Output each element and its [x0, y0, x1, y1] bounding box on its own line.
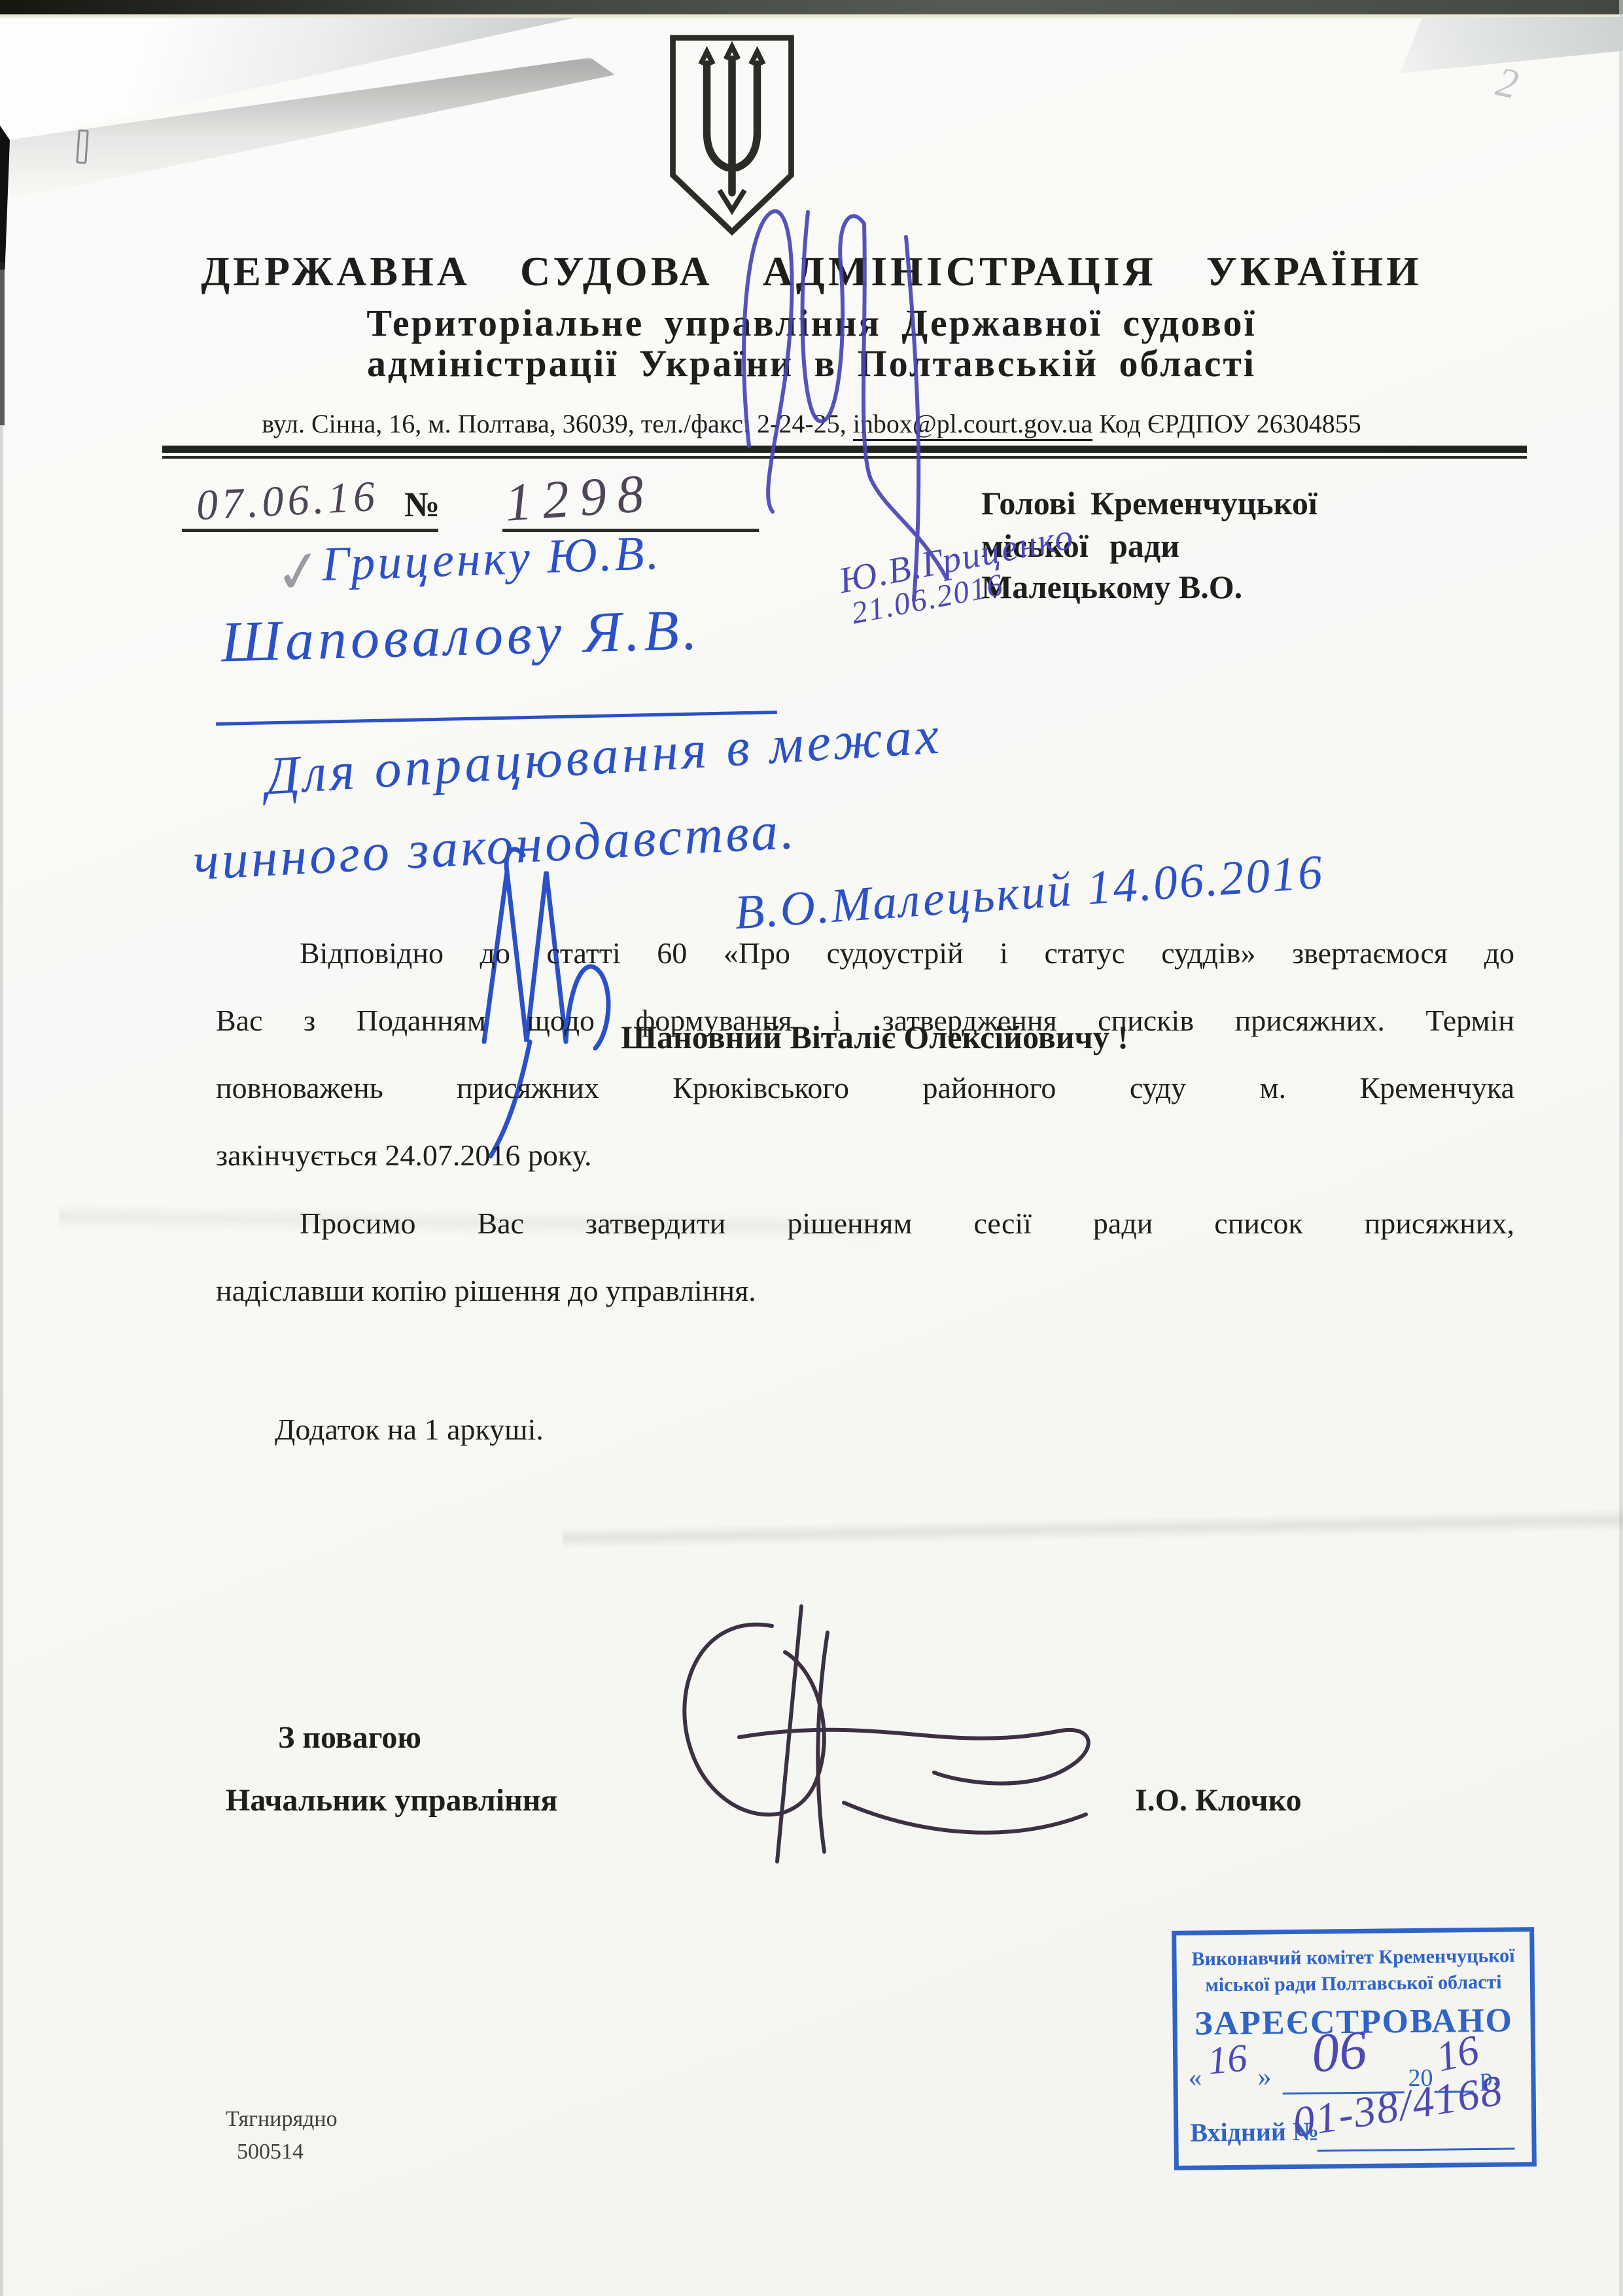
- number-sign: №: [404, 484, 440, 525]
- attachment-note: Додаток на 1 аркуші.: [275, 1412, 544, 1447]
- body-line-4: закінчується 24.07.2016 року.: [216, 1138, 1514, 1173]
- stamp-incoming-line: [1318, 2147, 1515, 2151]
- chief-signature: [608, 1587, 1119, 1875]
- paper-crease: [563, 1509, 1623, 1549]
- recipient-line1: Голові Кременчуцької: [981, 484, 1318, 522]
- pencil-mark: 2: [1492, 57, 1523, 109]
- body-line-3: повноважень присяжних Крюківського район…: [216, 1070, 1514, 1105]
- recipient-line3: Малецькому В.О.: [981, 568, 1242, 606]
- scanner-top-shadow: [0, 0, 1623, 14]
- outgoing-date-handwritten: 07.06.16: [195, 472, 380, 531]
- body-line-5: Просимо Вас затвердити рішенням сесії ра…: [216, 1206, 1514, 1241]
- left-paper-edge: [0, 425, 3, 2296]
- body-line-6: надіславши копію рішення до управління.: [216, 1273, 1514, 1308]
- mayor-endorsement-handwritten: В.О.Малецький 14.06.2016: [733, 845, 1326, 942]
- grey-checkmark-icon: ✓: [270, 535, 327, 609]
- executor-code: 500514: [237, 2140, 304, 2164]
- stamp-month-handwritten: 06: [1309, 2018, 1369, 2085]
- date-underline: [182, 529, 438, 532]
- signer-name: І.О. Клочко: [1135, 1782, 1302, 1818]
- executor-name: Тягнирядно: [226, 2107, 338, 2132]
- stamp-org-line2: міської ради Полтавської області: [1177, 1971, 1530, 1997]
- outgoing-number-handwritten: 1298: [503, 462, 656, 534]
- resolution-assignee-1: Гриценку Ю.В.: [321, 525, 663, 593]
- closing-phrase: З повагою: [278, 1720, 421, 1756]
- scanned-letter-page: 2 ДЕРЖАВНА СУДОВА АДМІНІСТРАЦІЯ УКРАЇНИ …: [0, 0, 1623, 2296]
- mayor-signature: [445, 826, 680, 1166]
- stamp-org-line1: Виконавчий комітет Кременчуцької: [1176, 1945, 1529, 1971]
- stamp-quote-open: «: [1188, 2062, 1202, 2093]
- body-line-1: Відповідно до статті 60 «Про судоустрій …: [216, 936, 1514, 970]
- body-line-2: Вас з Поданням щодо формування і затверд…: [216, 1003, 1514, 1038]
- signer-title: Начальник управління: [226, 1782, 557, 1818]
- stamp-day-handwritten: 16: [1206, 2035, 1249, 2084]
- org-edrpou-code: Код ЄРДПОУ 26304855: [1099, 409, 1361, 438]
- stamp-quote-close: »: [1257, 2061, 1272, 2093]
- resolution-assignee-2: Шаповалову Я.В.: [220, 597, 702, 675]
